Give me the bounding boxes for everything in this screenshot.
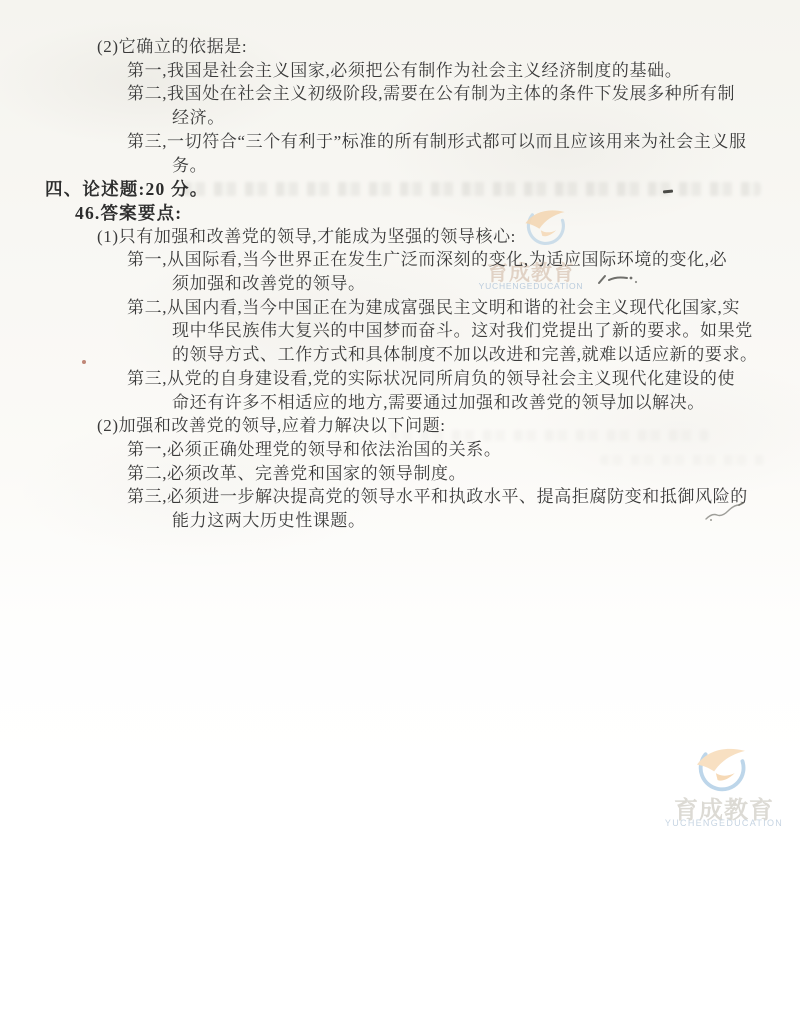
text-line: 第二,必须改革、完善党和国家的领导制度。 bbox=[127, 463, 466, 485]
text-line: 46.答案要点: bbox=[75, 202, 182, 224]
text-line: (1)只有加强和改善党的领导,才能成为坚强的领导核心: bbox=[97, 226, 516, 248]
text-line: 四、论述题:20 分。 bbox=[45, 178, 208, 200]
ink-smudge-mark bbox=[596, 269, 641, 291]
text-line: (2)它确立的依据是: bbox=[97, 36, 247, 58]
text-line: 第二,我国处在社会主义初级阶段,需要在公有制为主体的条件下发展多种所有制 bbox=[127, 83, 735, 105]
ink-speck bbox=[82, 360, 86, 364]
text-line: 经济。 bbox=[172, 107, 225, 129]
text-line: 务。 bbox=[172, 155, 207, 177]
pen-squiggle-mark bbox=[703, 501, 747, 525]
text-line: 第三,一切符合“三个有利于”标准的所有制形式都可以而且应该用来为社会主义服 bbox=[127, 131, 747, 153]
text-line: 现中华民族伟大复兴的中国梦而奋斗。这对我们党提出了新的要求。如果党 bbox=[172, 320, 753, 342]
text-line: 第一,从国际看,当今世界正在发生广泛而深刻的变化,为适应国际环境的变化,必 bbox=[127, 249, 727, 271]
text-lines: (2)它确立的依据是:第一,我国是社会主义国家,必须把公有制作为社会主义经济制度… bbox=[0, 0, 800, 1022]
text-line: (2)加强和改善党的领导,应着力解决以下问题: bbox=[97, 415, 446, 437]
scanned-document-page: 育成教育 YUCHENGEDUCATION 育成教育 YUCHENGEDUCAT… bbox=[0, 0, 800, 1022]
text-line: 第一,我国是社会主义国家,必须把公有制作为社会主义经济制度的基础。 bbox=[127, 60, 682, 82]
text-line: 的领导方式、工作方式和具体制度不加以改进和完善,就难以适应新的要求。 bbox=[172, 344, 758, 366]
text-line: 能力这两大历史性课题。 bbox=[172, 510, 366, 532]
text-line: 第三,从党的自身建设看,党的实际状况同所肩负的领导社会主义现代化建设的使 bbox=[127, 368, 735, 390]
text-line: 第二,从国内看,当今中国正在为建成富强民主文明和谐的社会主义现代化国家,实 bbox=[127, 297, 740, 319]
text-line: 须加强和改善党的领导。 bbox=[172, 273, 366, 295]
text-line: 第三,必须进一步解决提高党的领导水平和执政水平、提高拒腐防变和抵御风险的 bbox=[127, 486, 748, 508]
text-line: 命还有许多不相适应的地方,需要通过加强和改善党的领导加以解决。 bbox=[172, 392, 705, 414]
text-line: 第一,必须正确处理党的领导和依法治国的关系。 bbox=[127, 439, 501, 461]
